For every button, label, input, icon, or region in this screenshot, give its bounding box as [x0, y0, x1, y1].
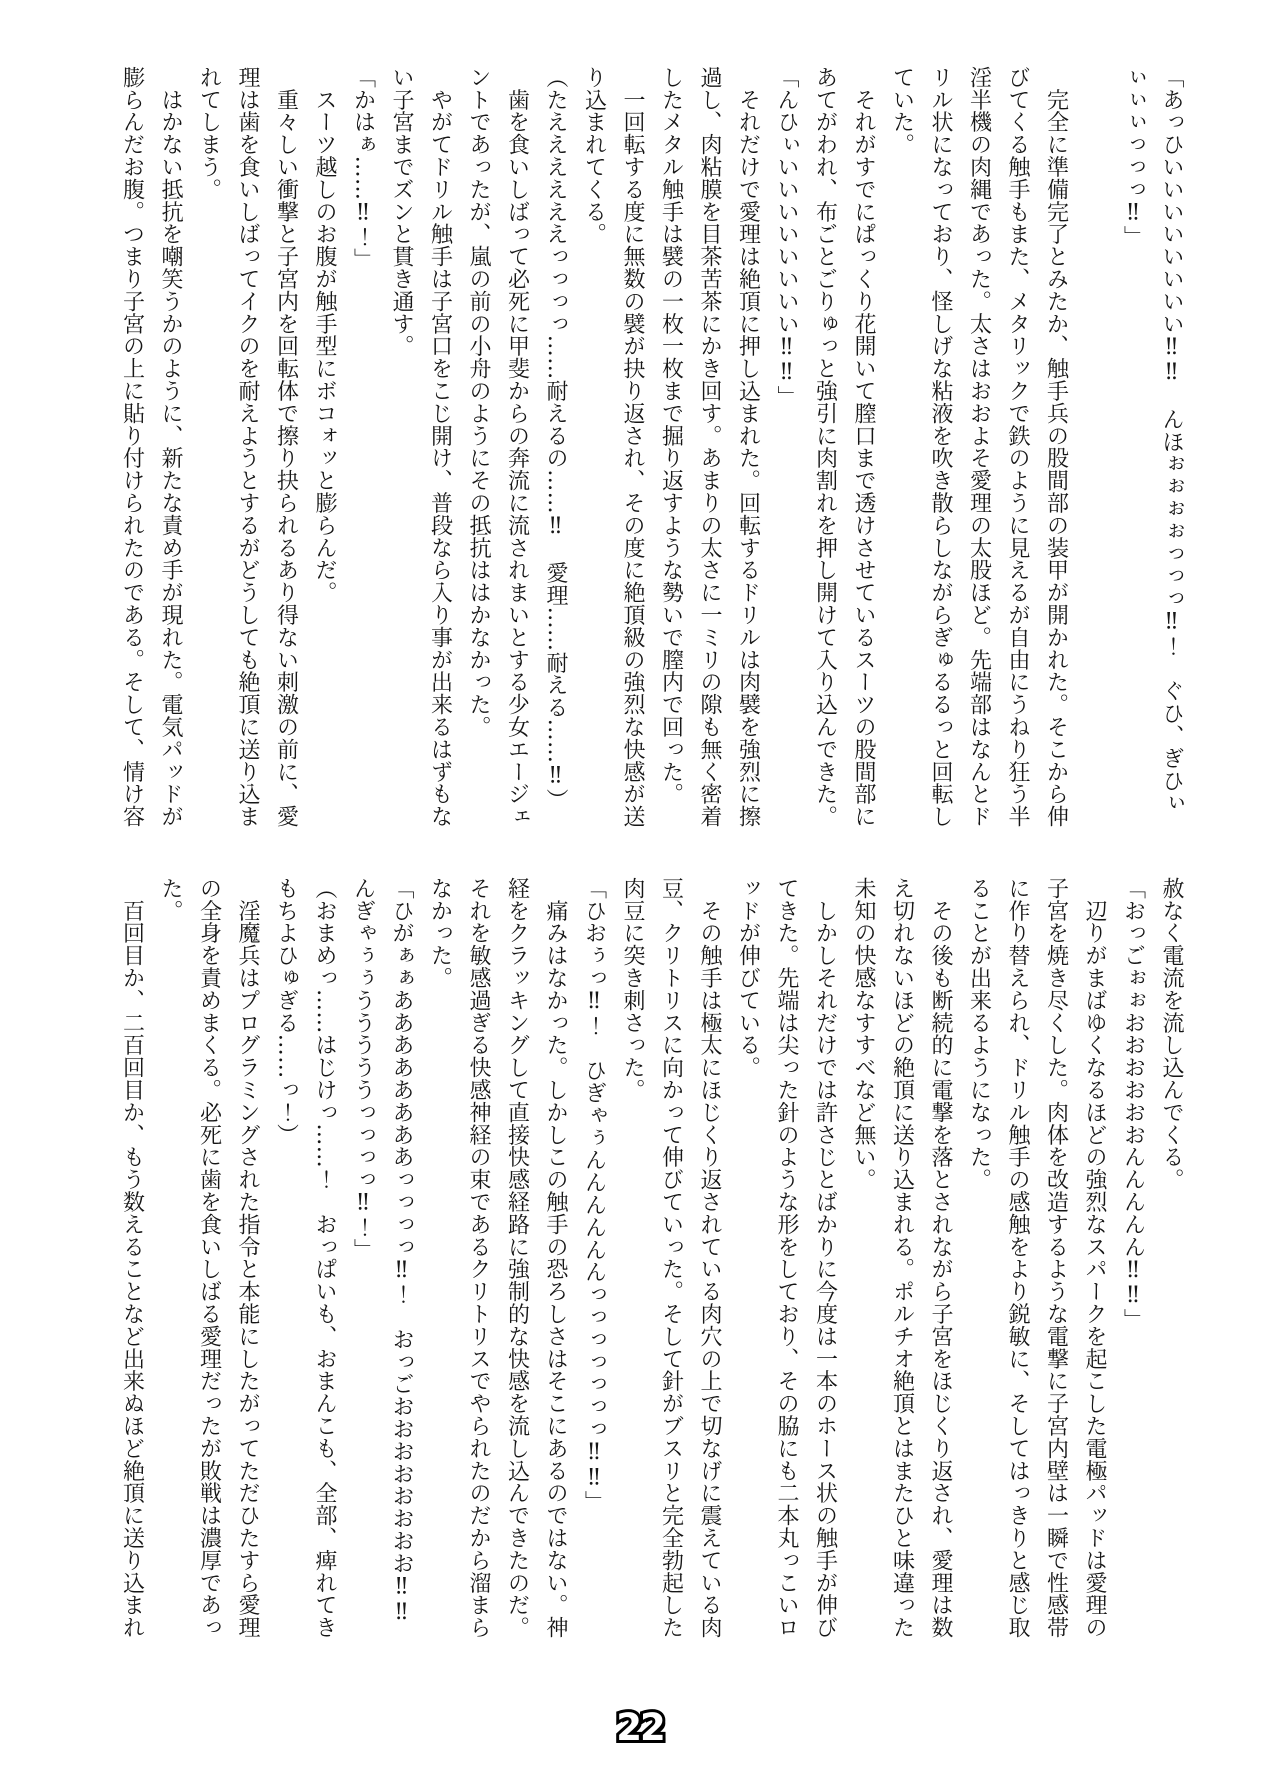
paragraph: それだけで愛理は絶頂に押し込まれた。回転するドリルは肉襞を強烈に擦過し、肉粘膜を… — [651, 66, 767, 830]
paragraph: はかない抵抗を嘲笑うかのように、新たな責め手が現れた。電気パッドが膨らんだお腹。… — [112, 66, 189, 830]
paragraph: その触手は極太にほじくり返されている肉穴の上で切なげに震えている肉豆、クリトリス… — [613, 877, 729, 1649]
paragraph: 辺りがまばゆくなるほどの強烈なスパークを起こした電極パッドは愛理の子宮を焼き尽く… — [959, 877, 1113, 1649]
paragraph: それがすでにぱっくり花開いて膣口まで透けさせているスーツの股間部にあてがわれ、布… — [805, 66, 882, 830]
paragraph: 重々しい衝撃と子宮内を回転体で擦り抉られるあり得ない刺激の前に、愛理は歯を食いし… — [189, 66, 305, 830]
paragraph: やがてドリル触手は子宮口をこじ開け、普段なら入り事が出来るはずもない子宮までズン… — [382, 66, 459, 830]
paragraph: 「ひおぅっ‼！ ひぎゃぅんんんんんんっっっっっっっ‼‼」 — [574, 877, 613, 1649]
paragraph: （おまめっ……はじけっ……！ おっぱいも、おまんこも、全部、痺れてきもちよひゅぎ… — [266, 877, 343, 1649]
paragraph: 「ひがぁぁああああああああっっっっ‼！ おっごおおおおおおおお‼‼ んぎゃぅぅう… — [343, 877, 420, 1649]
paragraph: 百回目か、二百回目か、もう数えることなど出来ぬほど絶頂に送り込まれ — [112, 877, 151, 1649]
paragraph: スーツ越しのお腹が触手型にボコォッと膨らんだ。 — [305, 66, 344, 830]
paragraph: 淫魔兵はプログラミングされた指令と本能にしたがってただひたすら愛理の全身を責めま… — [151, 877, 267, 1649]
paragraph: 完全に準備完了とみたか、触手兵の股間部の装甲が開かれた。そこから伸びてくる触手も… — [882, 66, 1075, 830]
paragraph: しかしそれだけでは許さじとばかりに今度は一本のホース状の触手が伸びてきた。先端は… — [728, 877, 844, 1649]
paragraph-spacer — [1075, 66, 1114, 830]
text-band-top: 「あっひいいいいいいいい‼‼ んほぉぉぉぉっっっ‼！ ぐひ、ぎひぃぃぃぃっっっ‼… — [112, 66, 1190, 830]
paragraph: その後も断続的に電撃を落とされながら子宮をほじくり返され、愛理は数え切れないほど… — [844, 877, 960, 1649]
text-band-bottom: 赦なく電流を流し込んでくる。「おっごぉぉおおおおおおんんんんん‼‼」 辺りがまば… — [112, 877, 1190, 1649]
paragraph: 一回転する度に無数の襞が抉り返され、その度に絶頂級の強烈な快感が送り込まれてくる… — [574, 66, 651, 830]
paragraph: 赦なく電流を流し込んでくる。 — [1152, 877, 1191, 1649]
paragraph: 歯を食いしばって必死に甲斐からの奔流に流されまいとする少女エージェントであったが… — [459, 66, 536, 830]
paragraph: 痛みはなかった。しかしこの触手の恐ろしさはそこにあるのではない。神経をクラッキン… — [420, 877, 574, 1649]
page-number: 22 — [0, 1706, 1280, 1749]
paragraph: 「かはぁ……‼！」 — [343, 66, 382, 830]
paragraph: 「んひぃいいいいいいいい‼‼」 — [767, 66, 806, 830]
novel-page: 「あっひいいいいいいいい‼‼ んほぉぉぉぉっっっ‼！ ぐひ、ぎひぃぃぃぃっっっ‼… — [0, 0, 1280, 1791]
paragraph: 「おっごぉぉおおおおおおんんんんん‼‼」 — [1113, 877, 1152, 1649]
paragraph: 「あっひいいいいいいいい‼‼ んほぉぉぉぉっっっ‼！ ぐひ、ぎひぃぃぃぃっっっ‼… — [1113, 66, 1190, 830]
paragraph: （たええええええっっっっ……耐えるの……‼ 愛理……耐える……‼） — [536, 66, 575, 830]
